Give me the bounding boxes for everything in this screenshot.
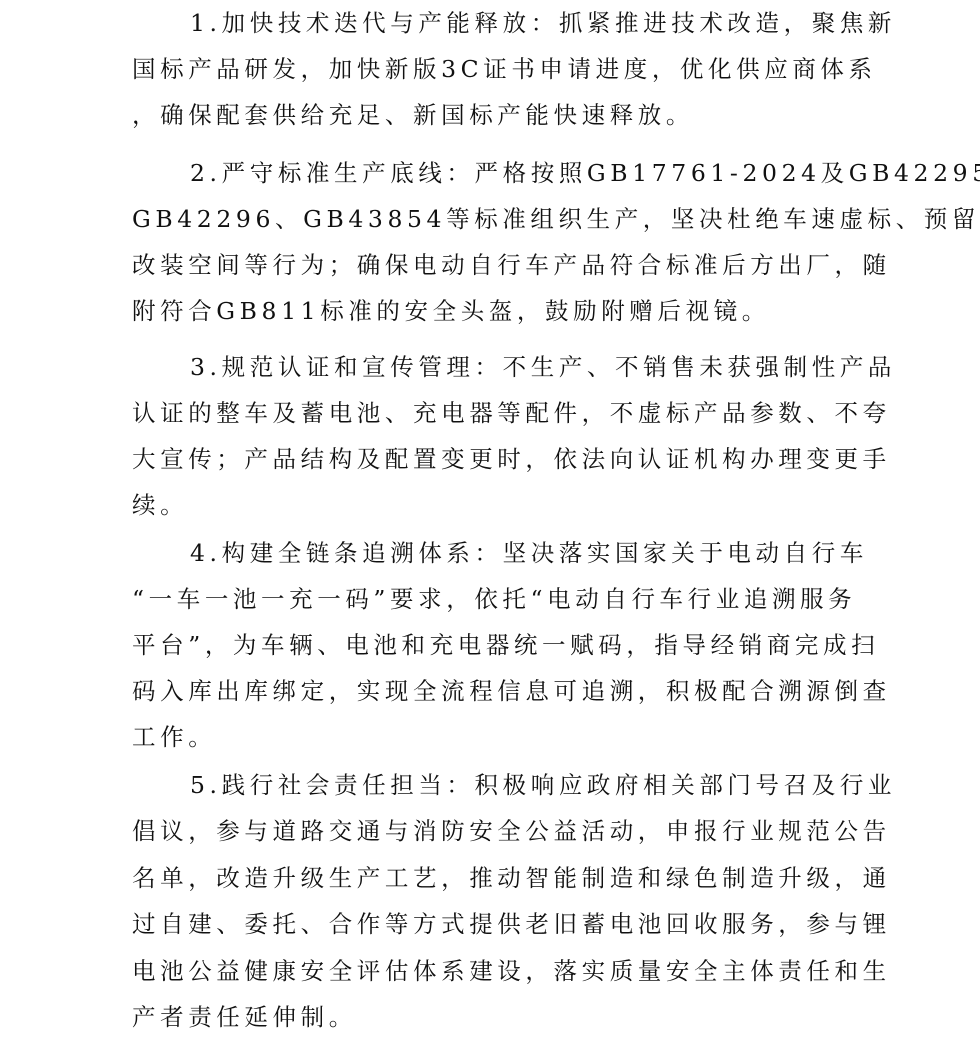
- paragraph-line: 工作。: [132, 714, 216, 760]
- paragraph-line: 改装空间等行为；确保电动自行车产品符合标准后方出厂，随: [132, 242, 891, 288]
- paragraph-line: 平台”，为车辆、电池和充电器统一赋码，指导经销商完成扫: [132, 622, 879, 668]
- paragraph-line: 大宣传；产品结构及配置变更时，依法向认证机构办理变更手: [132, 436, 891, 482]
- paragraph-line: 3.规范认证和宣传管理：不生产、不销售未获强制性产品: [190, 344, 896, 390]
- paragraph-line: ，确保配套供给充足、新国标产能快速释放。: [132, 92, 694, 138]
- paragraph-line: 5.践行社会责任担当：积极响应政府相关部门号召及行业: [190, 762, 896, 808]
- paragraph-line: 电池公益健康安全评估体系建设，落实质量安全主体责任和生: [132, 948, 891, 994]
- paragraph-line: 码入库出库绑定，实现全流程信息可追溯，积极配合溯源倒查: [132, 668, 891, 714]
- paragraph-line: “一车一池一充一码”要求，依托“电动自行车行业追溯服务: [132, 576, 856, 622]
- paragraph-line: 过自建、委托、合作等方式提供老旧蓄电池回收服务，参与锂: [132, 901, 891, 947]
- paragraph-line: 2.严守标准生产底线：严格按照GB17761-2024及GB42295、: [190, 150, 980, 196]
- paragraph-line: 名单，改造升级生产工艺，推动智能制造和绿色制造升级，通: [132, 855, 891, 901]
- paragraph-line: 国标产品研发，加快新版3C证书申请进度，优化供应商体系: [132, 46, 877, 92]
- paragraph-line: 4.构建全链条追溯体系：坚决落实国家关于电动自行车: [190, 530, 868, 576]
- paragraph-line: GB42296、GB43854等标准组织生产，坚决杜绝车速虚标、预留: [132, 196, 980, 242]
- paragraph-line: 产者责任延伸制。: [132, 994, 357, 1040]
- paragraph-line: 倡议，参与道路交通与消防安全公益活动，申报行业规范公告: [132, 808, 891, 854]
- paragraph-line: 续。: [132, 482, 188, 528]
- paragraph-line: 1.加快技术迭代与产能释放：抓紧推进技术改造，聚焦新: [190, 0, 896, 46]
- paragraph-line: 认证的整车及蓄电池、充电器等配件，不虚标产品参数、不夸: [132, 390, 891, 436]
- paragraph-line: 附符合GB811标准的安全头盔，鼓励附赠后视镜。: [132, 288, 770, 334]
